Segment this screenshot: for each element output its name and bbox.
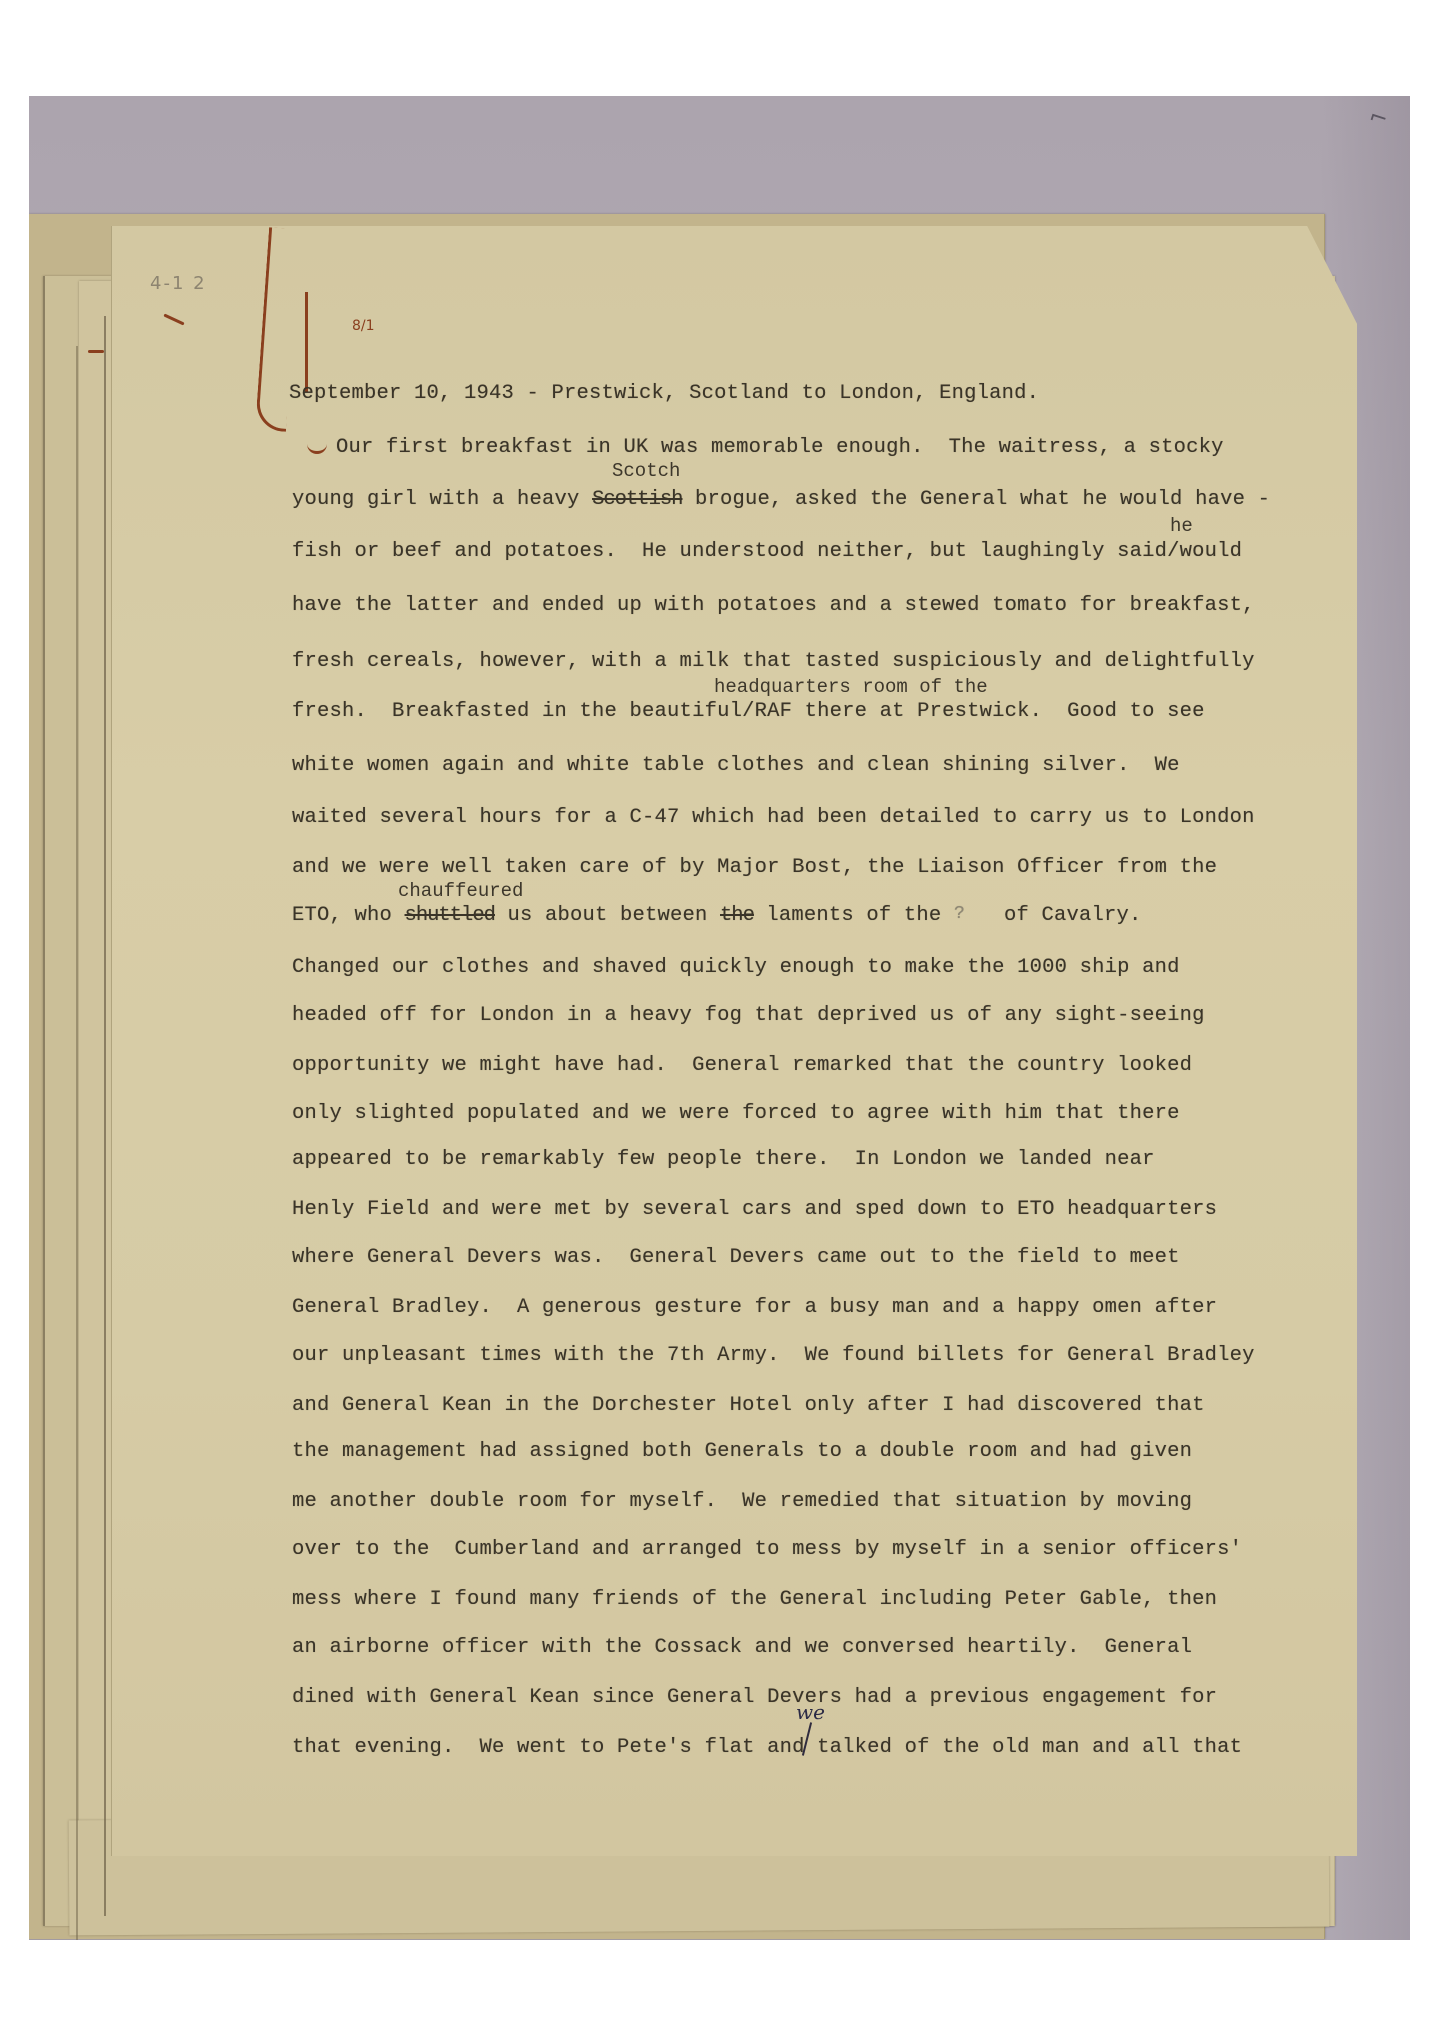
text-line: dined with General Kean since General De…	[292, 1686, 1217, 1709]
text-line: waited several hours for a C-47 which ha…	[292, 806, 1255, 829]
red-line-mark-icon	[305, 292, 310, 392]
text-line: only slighted populated and we were forc…	[292, 1102, 1180, 1125]
text-line: over to the Cumberland and arranged to m…	[292, 1538, 1242, 1561]
text-line: young girl with a heavy Scottish brogue,…	[292, 488, 1270, 511]
typed-insertion: Scotch	[612, 460, 680, 482]
typed-insertion: chauffeured	[398, 880, 523, 902]
struck-word: Scottish	[592, 488, 682, 511]
text-line: and General Kean in the Dorchester Hotel…	[292, 1394, 1205, 1417]
text-line: me another double room for myself. We re…	[292, 1490, 1192, 1513]
text-line: the management had assigned both General…	[292, 1440, 1192, 1463]
pencil-page-number: 4-1 2	[150, 273, 207, 294]
text-line: have the latter and ended up with potato…	[292, 594, 1255, 617]
red-pencil-dash-icon	[163, 313, 184, 325]
text-line: and we were well taken care of by Major …	[292, 856, 1217, 879]
red-check-mark-icon	[307, 443, 327, 454]
typed-insertion: he	[1170, 515, 1193, 537]
typewritten-page: 4-1 2 8/1 September 10, 1943 - Prestwick…	[0, 0, 1440, 2038]
text-line: Henly Field and were met by several cars…	[292, 1198, 1217, 1221]
text-line: fresh cereals, however, with a milk that…	[292, 650, 1255, 673]
red-margin-note: 8/1	[352, 318, 375, 334]
handwritten-insertion: we	[796, 1700, 825, 1724]
text-line: mess where I found many friends of the G…	[292, 1588, 1217, 1611]
text-line: fresh. Breakfasted in the beautiful/RAF …	[292, 700, 1205, 723]
text-line: our unpleasant times with the 7th Army. …	[292, 1344, 1255, 1367]
text-line: where General Devers was. General Devers…	[292, 1246, 1180, 1269]
text-line: appeared to be remarkably few people the…	[292, 1148, 1155, 1171]
text-line: fish or beef and potatoes. He understood…	[292, 540, 1242, 563]
typed-insertion: headquarters room of the	[714, 676, 988, 698]
text-line: ETO, who shuttled us about between the l…	[292, 904, 1141, 927]
struck-word: the	[720, 904, 754, 927]
text-line: headed off for London in a heavy fog tha…	[292, 1004, 1205, 1027]
unclear-mark: ?	[954, 904, 965, 924]
struck-word: shuttled	[405, 904, 495, 927]
page-heading: September 10, 1943 - Prestwick, Scotland…	[289, 382, 1039, 405]
red-pencil-dash-icon	[88, 350, 104, 353]
text-line: General Bradley. A generous gesture for …	[292, 1296, 1217, 1319]
text-line: Changed our clothes and shaved quickly e…	[292, 956, 1180, 979]
text-line: that evening. We went to Pete's flat and…	[292, 1736, 1242, 1759]
text-line: white women again and white table clothe…	[292, 754, 1180, 777]
text-line: opportunity we might have had. General r…	[292, 1054, 1192, 1077]
text-line: Our first breakfast in UK was memorable …	[336, 436, 1224, 459]
text-line: an airborne officer with the Cossack and…	[292, 1636, 1192, 1659]
